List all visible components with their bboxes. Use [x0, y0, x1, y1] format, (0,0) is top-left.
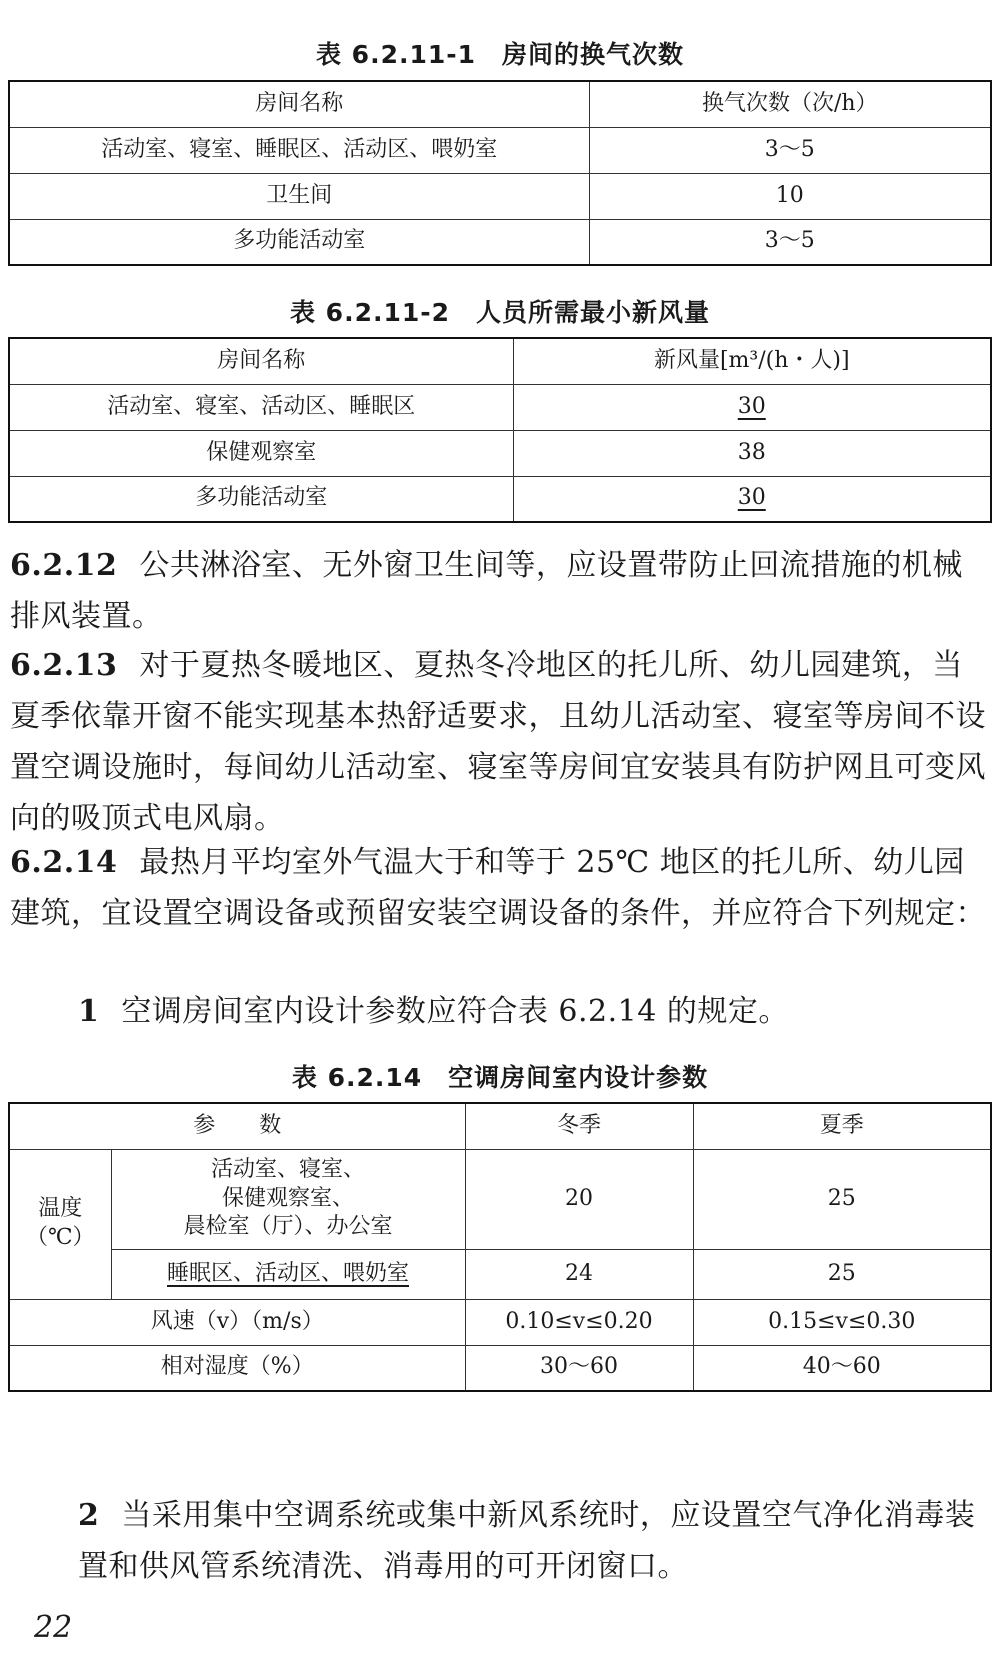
temp-winter-1: 20 [465, 1149, 693, 1249]
clause-item-2-line1: 2当采用集中空调系统或集中新风系统时，应设置空气净化消毒装置和供风管系统清洗、消… [78, 1490, 992, 1592]
item-number: 1 [78, 994, 99, 1029]
clause-number: 6.2.13 [10, 648, 117, 683]
table2-caption: 表 6.2.11-2 人员所需最小新风量 [0, 293, 1000, 329]
clause-6-2-14: 6.2.14最热月平均室外气温大于和等于 25℃ 地区的托儿所、幼儿园建筑，宜设… [10, 837, 992, 939]
table3-header-param: 参 数 [9, 1103, 465, 1149]
temp-winter-2: 24 [465, 1249, 693, 1299]
table2-cell: 30 [513, 384, 991, 430]
wind-speed-winter: 0.10≤v≤0.20 [465, 1299, 693, 1345]
clause-item-1: 1空调房间室内设计参数应符合表 6.2.14 的规定。 [78, 986, 992, 1037]
table1-cell: 3～5 [589, 219, 991, 265]
temperature-label: 温度 （℃） [9, 1149, 111, 1299]
item-number: 2 [78, 1498, 99, 1533]
item-text: 空调房间室内设计参数应符合表 6.2.14 的规定。 [121, 994, 789, 1029]
clause-text: 最热月平均室外气温大于和等于 25℃ 地区的托儿所、幼儿园建筑，宜设置空调设备或… [10, 845, 986, 931]
clause-text: 公共淋浴室、无外窗卫生间等，应设置带防止回流措施的机械排风装置。 [10, 548, 963, 634]
humidity-label: 相对湿度（%） [9, 1345, 465, 1391]
temp-summer-1: 25 [693, 1149, 991, 1249]
table3-header-winter: 冬季 [465, 1103, 693, 1149]
table-ac-design-params: 参 数 冬季 夏季 温度 （℃） 活动室、寝室、 保健观察室、 晨检室（厅）、办… [8, 1102, 992, 1392]
humidity-winter: 30～60 [465, 1345, 693, 1391]
clause-number: 6.2.14 [10, 845, 117, 880]
table1-cell: 10 [589, 173, 991, 219]
table2-cell: 多功能活动室 [9, 476, 513, 522]
table1-cell: 活动室、寝室、睡眠区、活动区、喂奶室 [9, 127, 589, 173]
table2-cell: 30 [513, 476, 991, 522]
wind-speed-label: 风速（v）（m/s） [9, 1299, 465, 1345]
temp-room-group-1: 活动室、寝室、 保健观察室、 晨检室（厅）、办公室 [111, 1149, 465, 1249]
wind-speed-summer: 0.15≤v≤0.30 [693, 1299, 991, 1345]
table2-header-volume: 新风量[m³/(h・人)] [513, 338, 991, 384]
table1-cell: 3～5 [589, 127, 991, 173]
table3-caption: 表 6.2.14 空调房间室内设计参数 [0, 1058, 1000, 1094]
table2-header-room: 房间名称 [9, 338, 513, 384]
table-air-changes: 房间名称 换气次数（次/h） 活动室、寝室、睡眠区、活动区、喂奶室 3～5 卫生… [8, 80, 992, 266]
clause-number: 6.2.12 [10, 548, 117, 583]
item-text: 当采用集中空调系统或集中新风系统时，应设置空气净化消毒装置和供风管系统清洗、消毒… [78, 1498, 975, 1584]
table1-header-room: 房间名称 [9, 81, 589, 127]
temp-summer-2: 25 [693, 1249, 991, 1299]
table1-caption: 表 6.2.11-1 房间的换气次数 [0, 35, 1000, 71]
table2-cell: 38 [513, 430, 991, 476]
clause-text: 对于夏热冬暖地区、夏热冬冷地区的托儿所、幼儿园建筑，当夏季依靠开窗不能实现基本热… [10, 648, 986, 836]
table2-cell: 保健观察室 [9, 430, 513, 476]
humidity-summer: 40～60 [693, 1345, 991, 1391]
table2-cell: 活动室、寝室、活动区、睡眠区 [9, 384, 513, 430]
clause-6-2-13: 6.2.13对于夏热冬暖地区、夏热冬冷地区的托儿所、幼儿园建筑，当夏季依靠开窗不… [10, 640, 992, 844]
page-number: 22 [34, 1610, 72, 1645]
table3-header-summer: 夏季 [693, 1103, 991, 1149]
temp-room-group-2: 睡眠区、活动区、喂奶室 [111, 1249, 465, 1299]
table1-cell: 卫生间 [9, 173, 589, 219]
table1-cell: 多功能活动室 [9, 219, 589, 265]
table-fresh-air: 房间名称 新风量[m³/(h・人)] 活动室、寝室、活动区、睡眠区 30 保健观… [8, 337, 992, 523]
table1-header-rate: 换气次数（次/h） [589, 81, 991, 127]
clause-6-2-12: 6.2.12公共淋浴室、无外窗卫生间等，应设置带防止回流措施的机械排风装置。 [10, 540, 992, 642]
